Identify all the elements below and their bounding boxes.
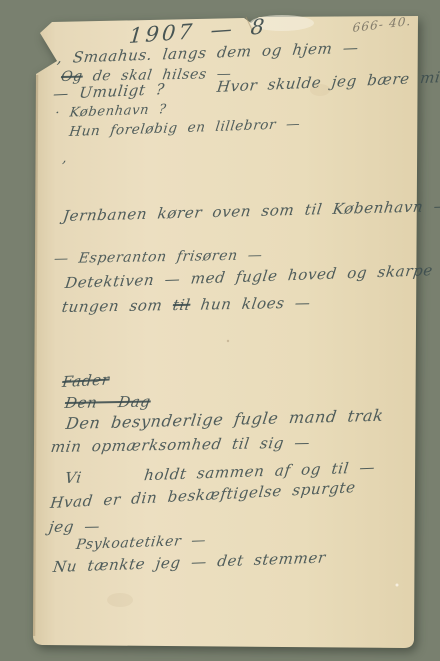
line-text: hun kloes — [189, 294, 312, 314]
manuscript-line: Detektiven — med fugle hoved og skarpe [64, 263, 434, 291]
manuscript-line: · København ? [54, 103, 167, 120]
manuscript-line: Jernbanen kører oven som til København — [62, 199, 440, 224]
struck-line: Den Dag [64, 395, 152, 411]
strikethrough-word: Og [60, 69, 84, 85]
line-text: tungen som [61, 296, 174, 316]
apostrophe-mark: ’ [60, 160, 67, 174]
archive-number-note: 666- 40. [352, 14, 411, 35]
manuscript-line: — Esperanton frisøren — [53, 248, 263, 266]
manuscript-line: jeg — [48, 519, 101, 535]
manuscript-line: Psykoatetiker — [75, 533, 207, 552]
manuscript-line: Den besynderlige fugle mand trak [65, 408, 385, 432]
manuscript-line: min opmærksomhed til sig — [50, 435, 311, 455]
manuscript-line: tungen som til hun kloes — [61, 296, 312, 315]
struck-line: Fader [61, 373, 110, 390]
manuscript-text-layer: 1907 — 8 666- 40. ‚ Smaahus. langs dem o… [0, 0, 440, 661]
manuscript-line: Hun foreløbig en lillebror — [68, 118, 301, 140]
page-background: 1907 — 8 666- 40. ‚ Smaahus. langs dem o… [0, 0, 440, 661]
manuscript-line: ‚ Smaahus. langs dem og hjem — [56, 41, 359, 66]
manuscript-line: Nu tænkte jeg — det stemmer [52, 551, 327, 575]
